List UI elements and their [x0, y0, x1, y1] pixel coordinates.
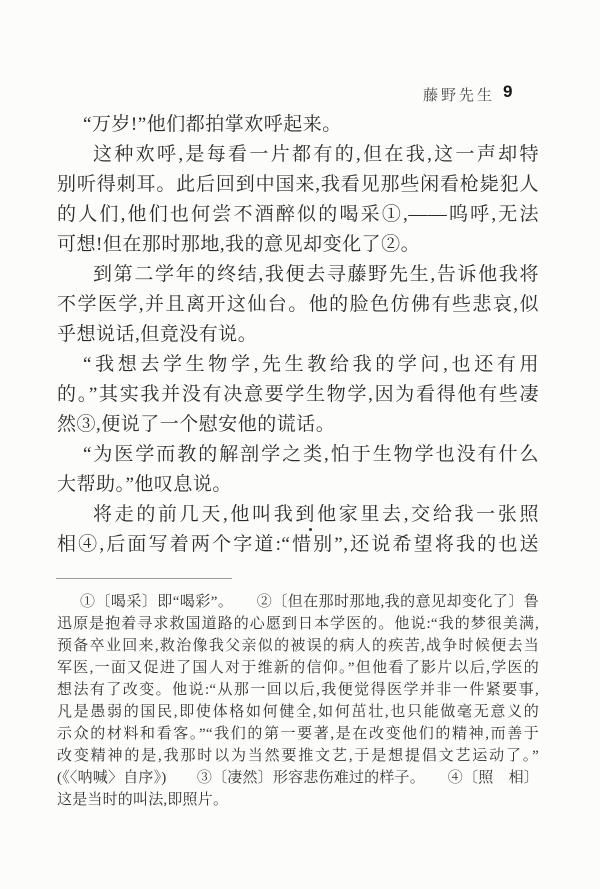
page-number: 9 — [503, 82, 512, 102]
book-page: 藤野先生 9 “万岁!”他们都拍掌欢呼起来。 这种欢呼,是每看一片都有的,但在我… — [0, 0, 600, 889]
text-line: 然③,便说了一个慰安他的谎话。 — [57, 410, 539, 440]
footnote-line: 示众的材料和看客。”“我们的第一要著,是在改变他们的精神,而善于 — [57, 723, 539, 745]
footnote-line: 想法有了改变。他说:“从那一回以后,我便觉得医学并非一件紧要事, — [57, 679, 539, 701]
footnote-line: 凡是愚弱的国民,即使体格如何健全,如何茁壮,也只能做毫无意义的 — [57, 701, 539, 723]
text-line: 别听得刺耳。此后回到中国来,我看见那些闲看枪毙犯人 — [57, 170, 539, 200]
text-line: 可想!但在那时那地,我的意见却变化了②。 — [57, 230, 539, 260]
text-line: 乎想说话,但竟没有说。 — [57, 320, 539, 350]
text-line: “万岁!”他们都拍掌欢呼起来。 — [57, 110, 539, 140]
text-line: 相④,后面写着两个字道:“惜别”,还说希望将我的也送 — [57, 530, 539, 560]
page-header: 藤野先生 9 — [0, 82, 545, 104]
text-line: “我想去学生物学,先生教给我的学问,也还有用 — [57, 350, 539, 380]
footnote-line: 改变精神的是,我那时以为当然要推文艺,于是想提倡文艺运动了。” — [57, 745, 539, 767]
text-line: 这种欢呼,是每看一片都有的,但在我,这一声却特 — [57, 140, 539, 170]
text-line: “为医学而教的解剖学之类,怕于生物学也没有什么 — [57, 440, 539, 470]
footnote-divider — [56, 578, 232, 579]
main-text: “万岁!”他们都拍掌欢呼起来。 这种欢呼,是每看一片都有的,但在我,这一声却特 … — [57, 110, 539, 560]
footnote-line: ①〔喝采〕即“喝彩”。 ②〔但在那时那地,我的意见却变化了〕鲁 — [57, 591, 539, 613]
footnote-line: (《〈呐喊〉自序》) ③〔凄然〕形容悲伤难过的样子。 ④〔照 相〕 — [57, 767, 539, 789]
footnotes: ①〔喝采〕即“喝彩”。 ②〔但在那时那地,我的意见却变化了〕鲁 迅原是抱着寻求救… — [57, 591, 539, 811]
emphasis-dot — [309, 528, 312, 531]
running-title: 藤野先生 — [423, 84, 495, 105]
footnote-line: 这是当时的叫法,即照片。 — [57, 789, 539, 811]
text-line: 的人们,他们也何尝不酒醉似的喝采①,——呜呼,无法 — [57, 200, 539, 230]
footnote-line: 预备卒业回来,救治像我父亲似的被误的病人的疾苦,战争时候便去当 — [57, 635, 539, 657]
text-line: 将走的前几天,他叫我到他家里去,交给我一张照 — [57, 500, 539, 530]
text-line: 大帮助。”他叹息说。 — [57, 470, 539, 500]
text-line: 不学医学,并且离开这仙台。他的脸色仿佛有些悲哀,似 — [57, 290, 539, 320]
footnote-line: 迅原是抱着寻求救国道路的心愿到日本学医的。他说:“我的梦很美满, — [57, 613, 539, 635]
text-line: 到第二学年的终结,我便去寻藤野先生,告诉他我将 — [57, 260, 539, 290]
text-line: 的。”其实我并没有决意要学生物学,因为看得他有些凄 — [57, 380, 539, 410]
footnote-line: 军医,一面又促进了国人对于维新的信仰。”但他看了影片以后,学医的 — [57, 657, 539, 679]
